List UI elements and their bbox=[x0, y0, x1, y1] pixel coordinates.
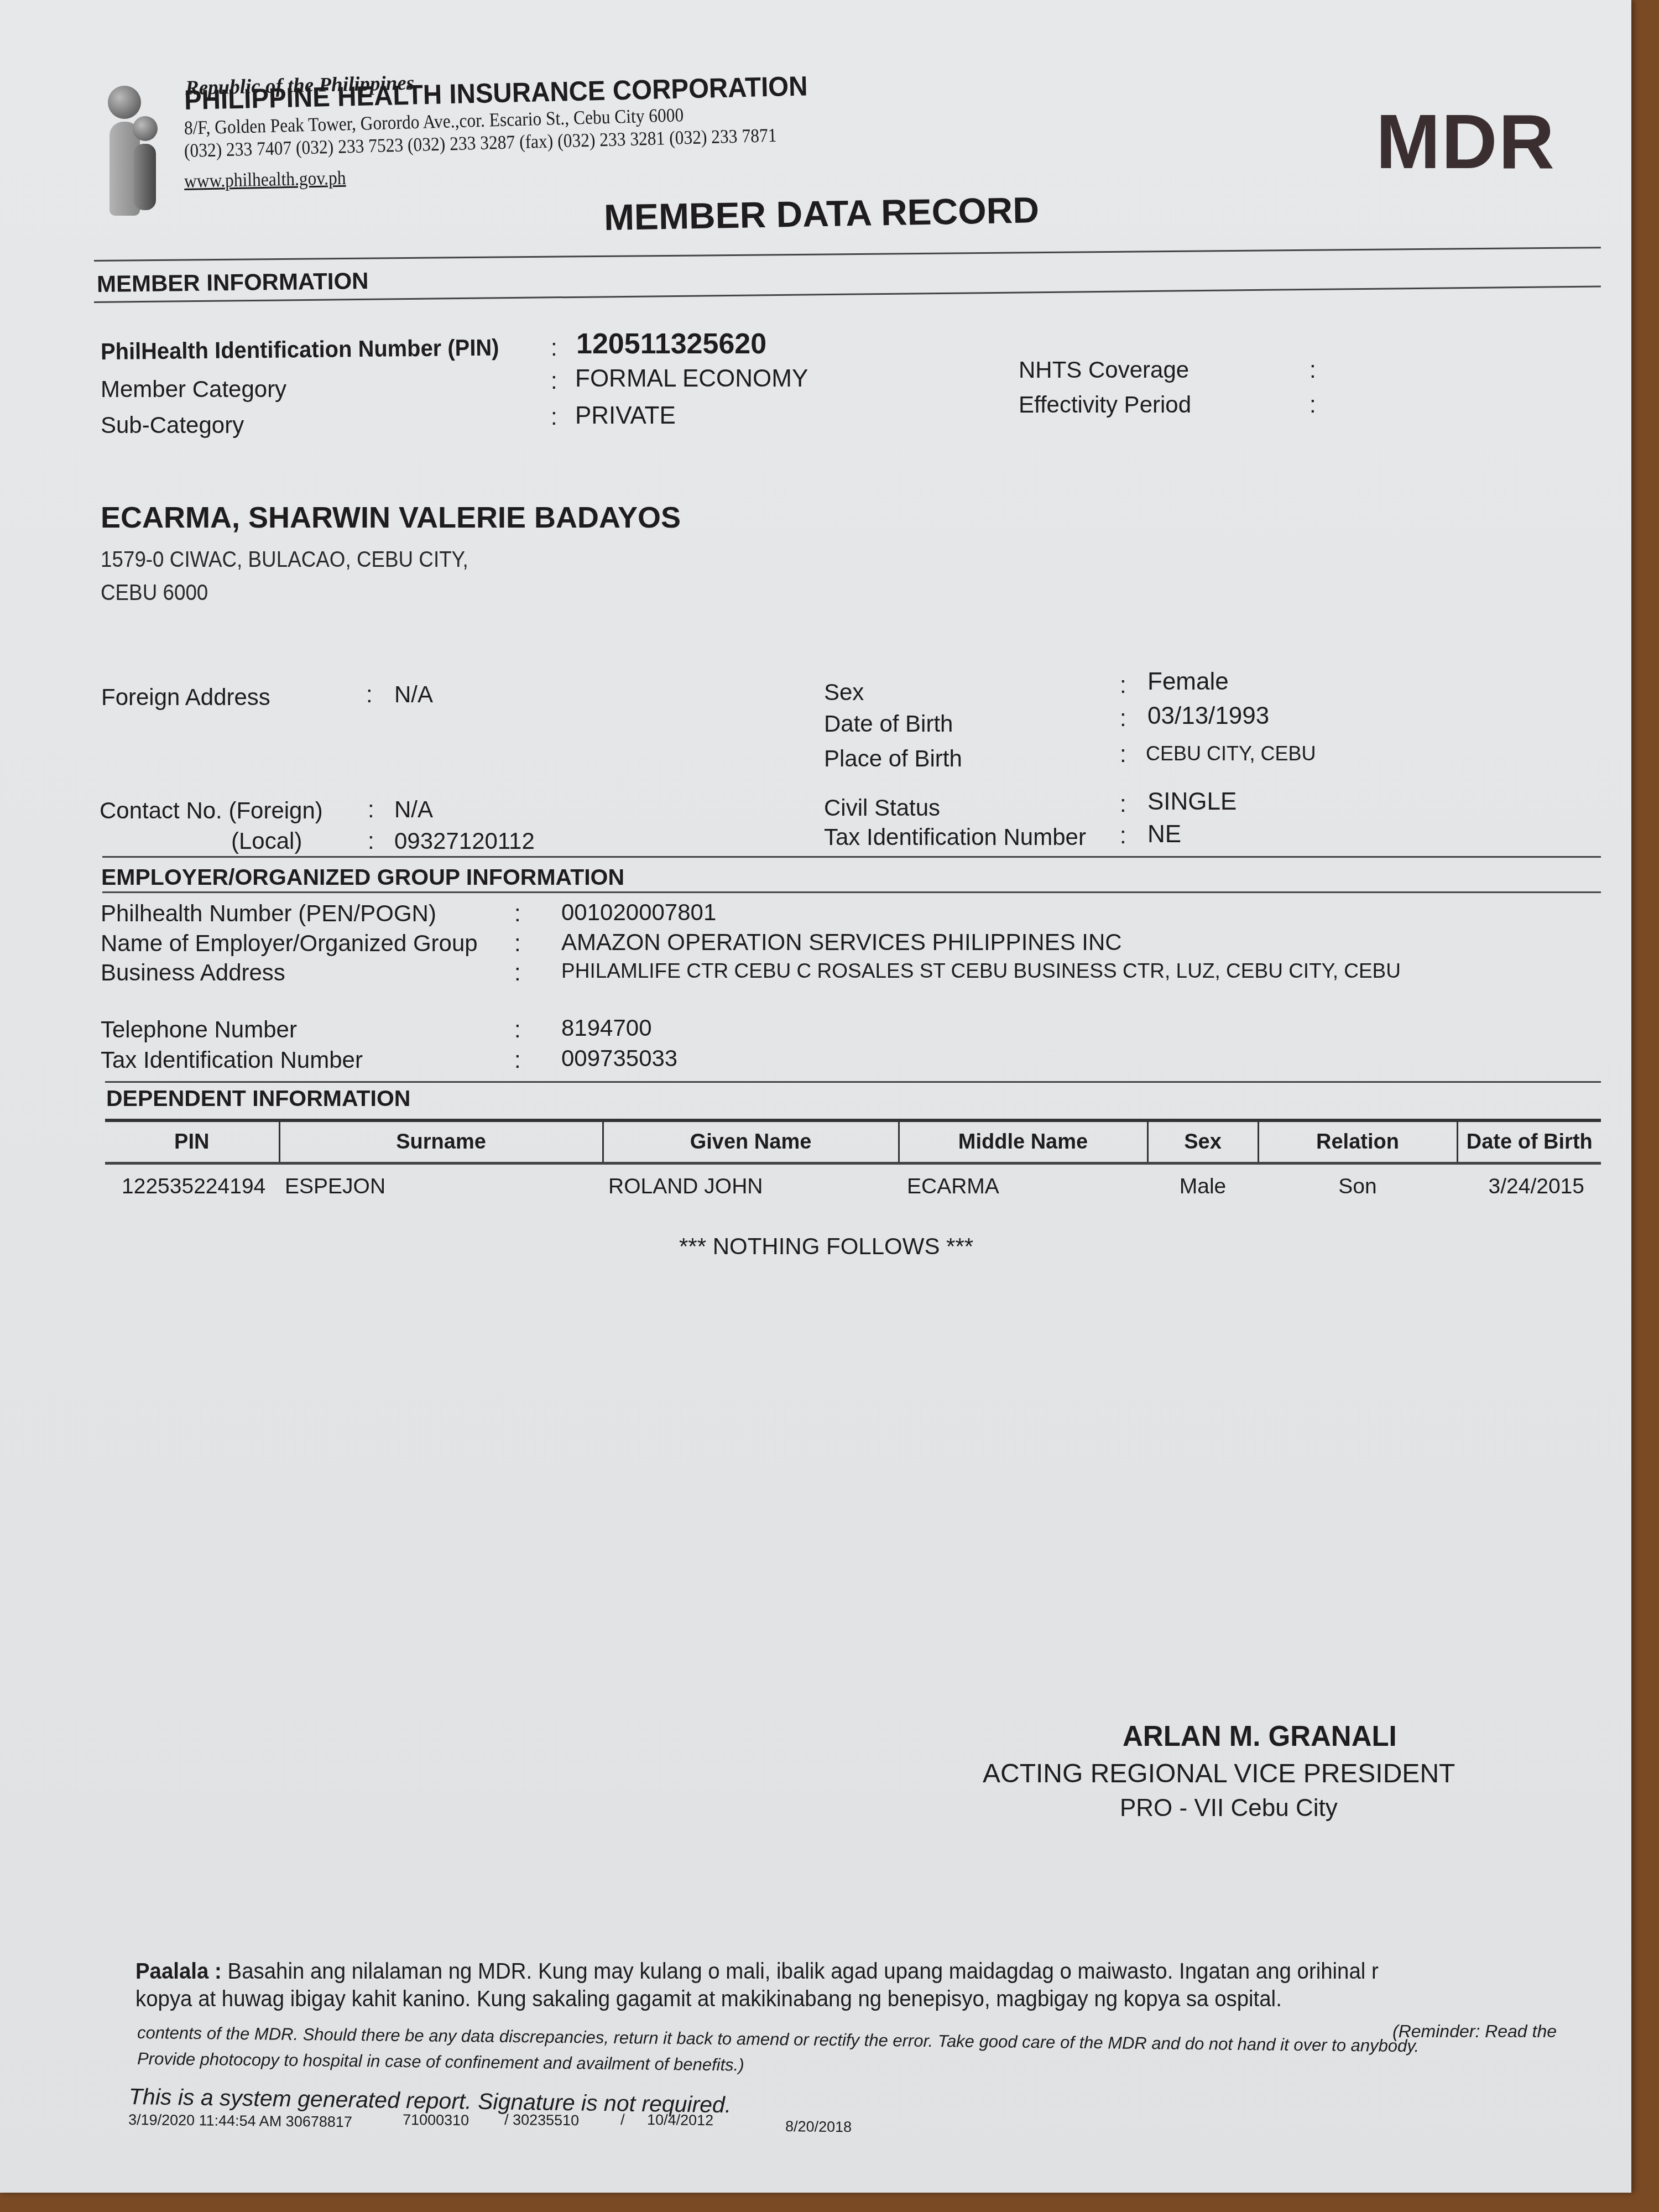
employer-tin-label: Tax Identification Number bbox=[101, 1047, 363, 1073]
dependent-middle-name: ECARMA bbox=[899, 1164, 1147, 1209]
footer-date1: 10/4/2012 bbox=[647, 2111, 713, 2129]
table-row: 122535224194 ESPEJON ROLAND JOHN ECARMA … bbox=[105, 1164, 1601, 1209]
pen-label: Philhealth Number (PEN/POGN) bbox=[101, 900, 436, 927]
contact-foreign-value: N/A bbox=[394, 796, 433, 823]
employer-name-value: AMAZON OPERATION SERVICES PHILIPPINES IN… bbox=[561, 929, 1122, 956]
notice-label: Paalala : bbox=[135, 1959, 222, 1984]
column-header-date-of-birth: Date of Birth bbox=[1457, 1120, 1601, 1164]
member-pin: 120511325620 bbox=[576, 327, 766, 361]
colon: : bbox=[1310, 392, 1316, 418]
member-category-value: FORMAL ECONOMY bbox=[575, 365, 808, 393]
table-header-row: PIN Surname Given Name Middle Name Sex R… bbox=[105, 1120, 1601, 1164]
pob-label: Place of Birth bbox=[824, 745, 962, 772]
dependents-table: PIN Surname Given Name Middle Name Sex R… bbox=[105, 1119, 1601, 1209]
footer-date2: 8/20/2018 bbox=[785, 2118, 852, 2136]
column-header-given-name: Given Name bbox=[603, 1120, 899, 1164]
colon: : bbox=[551, 335, 557, 361]
notice-line1: Paalala : Basahin ang nilalaman ng MDR. … bbox=[135, 1959, 1379, 1984]
dependent-section-title: DEPENDENT INFORMATION bbox=[106, 1086, 410, 1112]
business-address-value: PHILAMLIFE CTR CEBU C ROSALES ST CEBU BU… bbox=[561, 959, 1401, 983]
colon: : bbox=[368, 796, 374, 823]
colon: : bbox=[514, 1047, 521, 1073]
dependent-sex: Male bbox=[1147, 1164, 1258, 1209]
dependent-pin: 122535224194 bbox=[105, 1164, 279, 1209]
dependent-relation: Son bbox=[1258, 1164, 1457, 1209]
employer-tin-value: 009735033 bbox=[561, 1045, 677, 1072]
sex-label: Sex bbox=[824, 679, 864, 706]
colon: : bbox=[514, 930, 521, 957]
sub-category-label: Sub-Category bbox=[101, 412, 244, 439]
business-address-label: Business Address bbox=[101, 959, 285, 986]
colon: : bbox=[514, 900, 521, 927]
foreign-address-label: Foreign Address bbox=[101, 684, 270, 711]
nhts-coverage-label: NHTS Coverage bbox=[1019, 357, 1189, 383]
footer-code1: 71000310 bbox=[403, 2111, 469, 2129]
column-header-surname: Surname bbox=[279, 1120, 603, 1164]
colon: : bbox=[514, 1016, 521, 1043]
colon: : bbox=[368, 828, 374, 854]
philhealth-logo-icon bbox=[105, 83, 155, 216]
column-header-pin: PIN bbox=[105, 1120, 279, 1164]
pen-value: 001020007801 bbox=[561, 899, 716, 926]
divider bbox=[102, 891, 1601, 893]
pob-value: CEBU CITY, CEBU bbox=[1146, 742, 1316, 765]
notice-line2: kopya at huwag ibigay kahit kanino. Kung… bbox=[135, 1987, 1282, 2012]
divider bbox=[94, 247, 1601, 262]
colon: : bbox=[551, 368, 557, 394]
mdr-badge: MDR bbox=[1376, 97, 1556, 186]
employer-section-title: EMPLOYER/ORGANIZED GROUP INFORMATION bbox=[101, 864, 624, 890]
colon: : bbox=[551, 404, 557, 430]
member-address-line2: CEBU 6000 bbox=[101, 581, 208, 606]
footer-separator: / bbox=[620, 2111, 625, 2128]
dob-label: Date of Birth bbox=[824, 711, 953, 737]
dependent-dob: 3/24/2015 bbox=[1457, 1164, 1601, 1209]
colon: : bbox=[1120, 791, 1126, 817]
foreign-address-value: N/A bbox=[394, 681, 433, 708]
colon: : bbox=[514, 959, 521, 986]
notice-text-line1: Basahin ang nilalaman ng MDR. Kung may k… bbox=[228, 1959, 1379, 1984]
document-page: Republic of the Philippines PHILIPPINE H… bbox=[0, 0, 1631, 2193]
signatory-office: PRO - VII Cebu City bbox=[1120, 1794, 1338, 1822]
sex-value: Female bbox=[1147, 668, 1229, 696]
column-header-relation: Relation bbox=[1258, 1120, 1457, 1164]
employer-name-label: Name of Employer/Organized Group bbox=[101, 930, 478, 957]
divider bbox=[102, 856, 1601, 858]
colon: : bbox=[1310, 357, 1316, 383]
member-category-label: Member Category bbox=[101, 376, 286, 403]
corporation-website-link[interactable]: www.philhealth.gov.ph bbox=[184, 167, 346, 192]
dob-value: 03/13/1993 bbox=[1147, 702, 1269, 730]
contact-local-label: (Local) bbox=[231, 828, 302, 854]
employer-phone-label: Telephone Number bbox=[101, 1016, 297, 1043]
civil-status-label: Civil Status bbox=[824, 795, 940, 821]
signatory-name: ARLAN M. GRANALI bbox=[1123, 1720, 1397, 1752]
tin-label: Tax Identification Number bbox=[824, 824, 1086, 851]
tin-value: NE bbox=[1147, 821, 1181, 848]
document-title: MEMBER DATA RECORD bbox=[603, 189, 1039, 238]
civil-status-value: SINGLE bbox=[1147, 788, 1237, 816]
contact-local-value: 09327120112 bbox=[394, 828, 535, 854]
employer-phone-value: 8194700 bbox=[561, 1015, 652, 1041]
colon: : bbox=[1120, 705, 1126, 732]
signatory-title: ACTING REGIONAL VICE PRESIDENT bbox=[983, 1759, 1455, 1789]
colon: : bbox=[1120, 822, 1126, 849]
divider bbox=[105, 1081, 1601, 1083]
dependent-given-name: ROLAND JOHN bbox=[603, 1164, 899, 1209]
member-info-section-title: MEMBER INFORMATION bbox=[97, 268, 369, 298]
pin-label: PhilHealth Identification Number (PIN) bbox=[101, 334, 499, 365]
footer-timestamp: 3/19/2020 11:44:54 AM 30678817 bbox=[128, 2111, 352, 2131]
nothing-follows-marker: *** NOTHING FOLLOWS *** bbox=[679, 1233, 973, 1260]
footer-code2: / 30235510 bbox=[504, 2111, 579, 2129]
colon: : bbox=[366, 681, 373, 708]
sub-category-value: PRIVATE bbox=[575, 402, 676, 430]
contact-foreign-label: Contact No. (Foreign) bbox=[100, 797, 323, 824]
member-name: ECARMA, SHARWIN VALERIE BADAYOS bbox=[101, 500, 681, 535]
member-address-line1: 1579-0 CIWAC, BULACAO, CEBU CITY, bbox=[101, 547, 468, 572]
dependent-surname: ESPEJON bbox=[279, 1164, 603, 1209]
effectivity-period-label: Effectivity Period bbox=[1019, 392, 1191, 418]
colon: : bbox=[1120, 672, 1126, 698]
column-header-sex: Sex bbox=[1147, 1120, 1258, 1164]
notice-line4: Provide photocopy to hospital in case of… bbox=[137, 2049, 744, 2075]
colon: : bbox=[1120, 741, 1126, 768]
column-header-middle-name: Middle Name bbox=[899, 1120, 1147, 1164]
